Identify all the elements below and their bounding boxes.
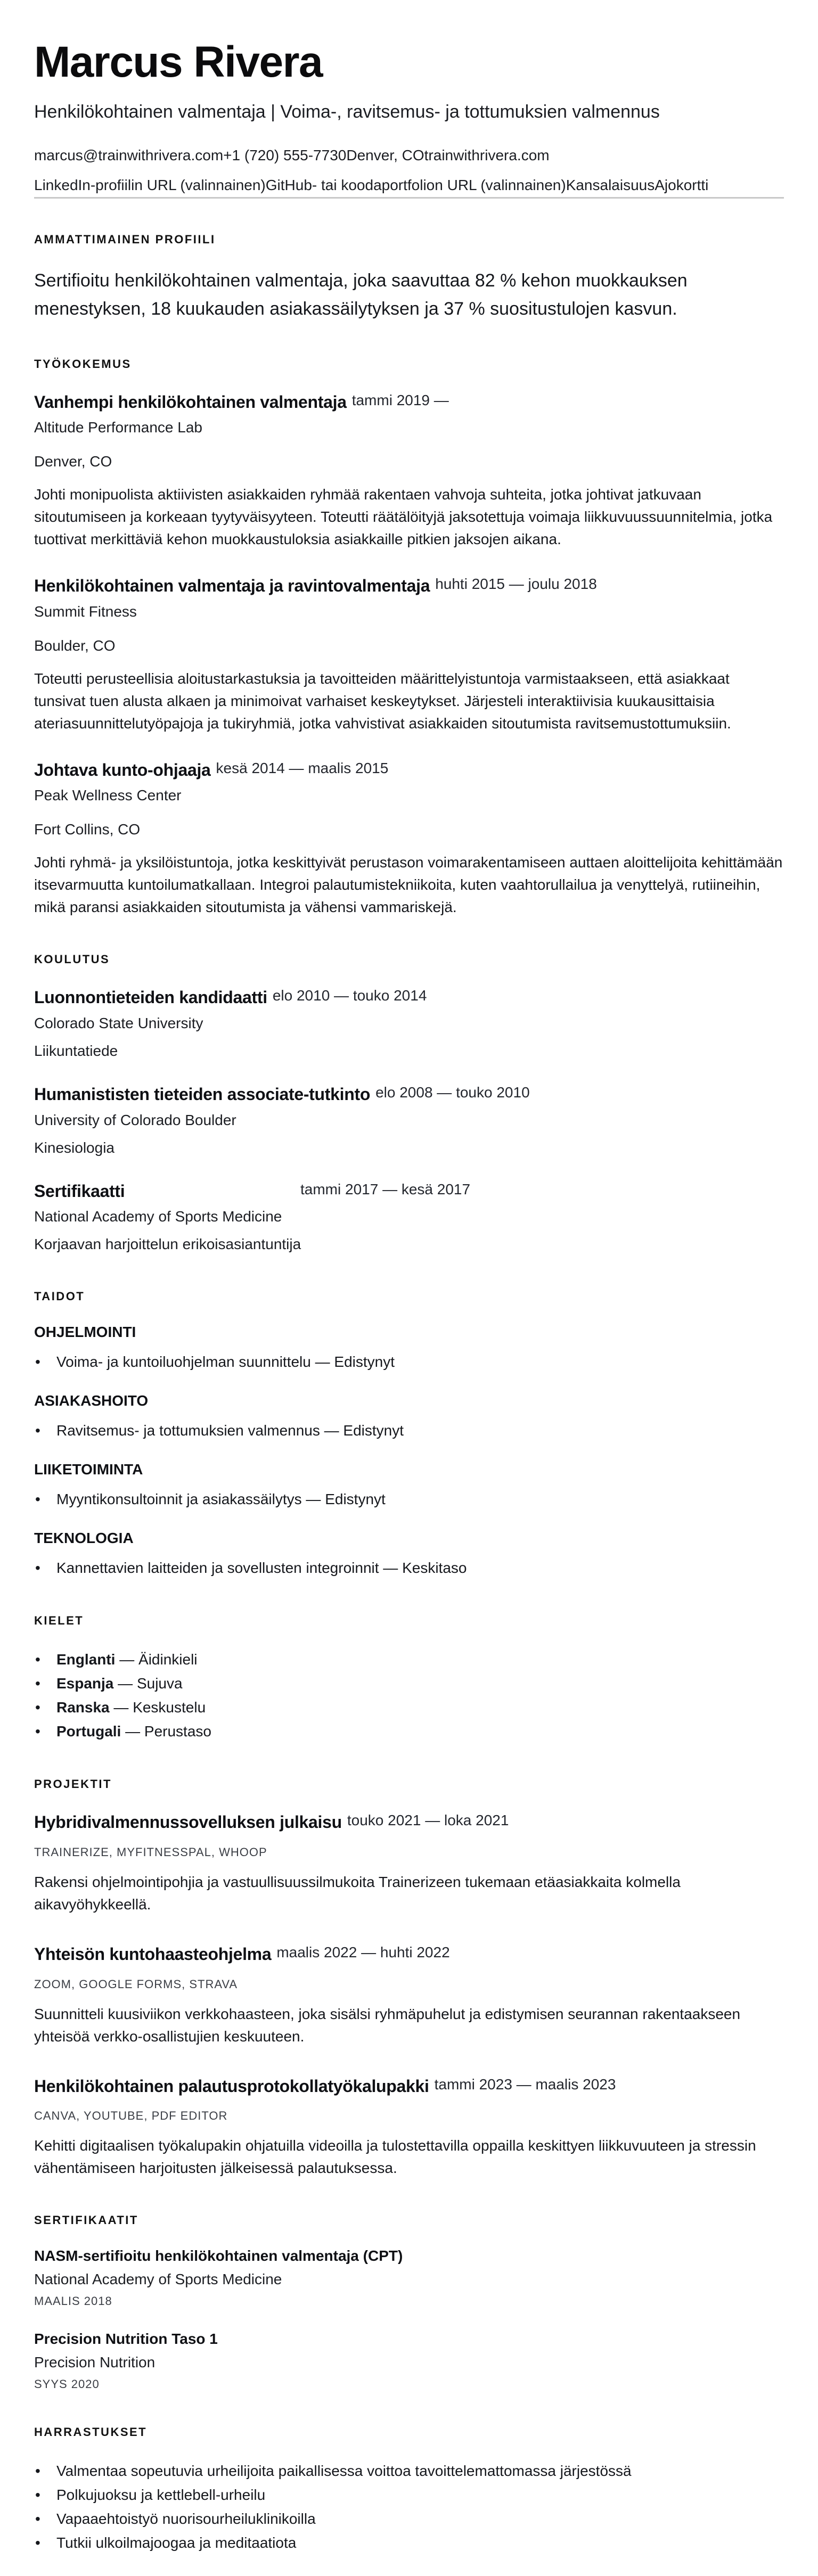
hobby-item: Vapaaehtoistyö nuorisourheiluklinikoilla [34,2507,784,2531]
contact-phone[interactable]: +1 (720) 555-7730 [223,147,346,163]
school-name: Colorado State University [34,1012,784,1035]
certification-issuer: Precision Nutrition [34,2354,784,2371]
experience-section: Työkokemus Vanhempi henkilökohtainen val… [34,357,784,919]
project-dates: touko 2021 — loka 2021 [347,1811,509,1830]
project-title: Henkilökohtainen palautusprotokollatyöka… [34,2075,429,2098]
candidate-headline: Henkilökohtainen valmentaja | Voima-, ra… [34,101,784,123]
job-dates: huhti 2015 — joulu 2018 [435,575,597,593]
project-dates: tammi 2023 — maalis 2023 [435,2075,616,2094]
experience-entry: Johtava kunto-ohjaajakesä 2014 — maalis … [34,759,784,919]
field-of-study: Liikuntatiede [34,1040,784,1062]
job-title: Vanhempi henkilökohtainen valmentaja [34,391,347,414]
skills-section: Taidot OHJELMOINTIVoima- ja kuntoiluohje… [34,1290,784,1580]
project-title: Hybridivalmennussovelluksen julkaisu [34,1811,342,1834]
job-dates: kesä 2014 — maalis 2015 [216,759,389,777]
hobby-item: Valmentaa sopeutuvia urheilijoita paikal… [34,2459,784,2483]
linkedin-link[interactable]: LinkedIn-profiilin URL (valinnainen) [34,177,266,193]
degree-title: Luonnontieteiden kandidaatti [34,987,267,1009]
skill-group: LIIKETOIMINTAMyyntikonsultoinnit ja asia… [34,1461,784,1512]
entry-header: Humanististen tieteiden associate-tutkin… [34,1084,784,1106]
certifications-section: Sertifikaatit NASM-sertifioitu henkilöko… [34,2213,784,2391]
company-name: Summit Fitness [34,601,784,623]
candidate-name: Marcus Rivera [34,38,784,86]
profile-summary: Sertifioitu henkilökohtainen valmentaja,… [34,267,784,323]
hobbies-section: Harrastukset Valmentaa sopeutuvia urheil… [34,2425,784,2555]
company-name: Altitude Performance Lab [34,416,784,439]
job-location: Boulder, CO [34,635,784,657]
contact-email[interactable]: marcus@trainwithrivera.com [34,147,223,163]
section-title-projects: Projektit [34,1777,784,1791]
experience-entry: Vanhempi henkilökohtainen valmentajatamm… [34,391,784,551]
section-title-profile: Ammattimainen profiili [34,233,784,247]
degree-title: Sertifikaatti [34,1180,295,1203]
language-item: Portugali — Perustaso [34,1720,784,1744]
drivers-license-field: Ajokortti [655,177,708,193]
entry-header: Henkilökohtainen palautusprotokollatyöka… [34,2075,784,2098]
job-title: Johtava kunto-ohjaaja [34,759,211,782]
certification-name: NASM-sertifioitu henkilökohtainen valmen… [34,2247,784,2265]
education-section: Koulutus Luonnontieteiden kandidaattielo… [34,953,784,1256]
skill-list: Ravitsemus- ja tottumuksien valmennus — … [34,1419,784,1443]
company-name: Peak Wellness Center [34,784,784,807]
language-separator: — [113,1675,137,1692]
education-dates: elo 2010 — touko 2014 [273,987,427,1005]
languages-list: Englanti — ÄidinkieliEspanja — SujuvaRan… [34,1648,784,1743]
job-description: Toteutti perusteellisia aloitustarkastuk… [34,668,784,735]
language-name: Englanti [56,1651,115,1668]
language-item: Ranska — Keskustelu [34,1696,784,1720]
certification-name: Precision Nutrition Taso 1 [34,2331,784,2348]
education-dates: tammi 2017 — kesä 2017 [300,1180,470,1199]
hobby-item: Polkujuoksu ja kettlebell-urheilu [34,2483,784,2507]
citizenship-field: Kansalaisuus [566,177,655,193]
project-tech-stack: Trainerize, MyFitnessPal, Whoop [34,1845,784,1859]
language-level: Sujuva [137,1675,183,1692]
section-title-hobbies: Harrastukset [34,2425,784,2439]
education-dates: elo 2008 — touko 2010 [375,1084,530,1102]
contact-row: marcus@trainwithrivera.com+1 (720) 555-7… [34,146,784,165]
languages-section: Kielet Englanti — ÄidinkieliEspanja — Su… [34,1614,784,1743]
job-description: Johti monipuolista aktiivisten asiakkaid… [34,483,784,551]
certifications-list: NASM-sertifioitu henkilökohtainen valmen… [34,2247,784,2391]
experience-entry: Henkilökohtainen valmentaja ja ravintova… [34,575,784,735]
project-description: Suunnitteli kuusiviikon verkkohaasteen, … [34,2003,784,2048]
project-entry: Yhteisön kuntohaasteohjelmamaalis 2022 —… [34,1943,784,2048]
school-name: National Academy of Sports Medicine [34,1205,784,1228]
language-name: Espanja [56,1675,113,1692]
education-entry: Humanististen tieteiden associate-tutkin… [34,1084,784,1159]
project-description: Rakensi ohjelmointipohjia ja vastuullisu… [34,1871,784,1916]
skill-list: Voima- ja kuntoiluohjelman suunnittelu —… [34,1350,784,1374]
section-title-skills: Taidot [34,1290,784,1303]
contact-website[interactable]: trainwithrivera.com [424,147,550,163]
project-dates: maalis 2022 — huhti 2022 [276,1943,449,1962]
projects-section: Projektit Hybridivalmennussovelluksen ju… [34,1777,784,2179]
job-title: Henkilökohtainen valmentaja ja ravintova… [34,575,430,597]
resume-page: Marcus Rivera Henkilökohtainen valmentaj… [0,0,818,2576]
entry-header: Yhteisön kuntohaasteohjelmamaalis 2022 —… [34,1943,784,1966]
experience-list: Vanhempi henkilökohtainen valmentajatamm… [34,391,784,919]
skill-item: Myyntikonsultoinnit ja asiakassäilytys —… [34,1488,784,1512]
section-title-certifications: Sertifikaatit [34,2213,784,2227]
certification-entry: NASM-sertifioitu henkilökohtainen valmen… [34,2247,784,2308]
entry-header: Vanhempi henkilökohtainen valmentajatamm… [34,391,784,414]
project-entry: Henkilökohtainen palautusprotokollatyöka… [34,2075,784,2180]
certification-date: Maalis 2018 [34,2294,784,2308]
skill-list: Myyntikonsultoinnit ja asiakassäilytys —… [34,1488,784,1512]
entry-header: Sertifikaattitammi 2017 — kesä 2017 [34,1180,784,1203]
project-tech-stack: Zoom, Google Forms, Strava [34,1978,784,1991]
job-location: Denver, CO [34,450,784,473]
project-entry: Hybridivalmennussovelluksen julkaisutouk… [34,1811,784,1916]
entry-header: Henkilökohtainen valmentaja ja ravintova… [34,575,784,597]
language-item: Englanti — Äidinkieli [34,1648,784,1672]
language-level: Perustaso [144,1723,211,1740]
certification-issuer: National Academy of Sports Medicine [34,2271,784,2288]
links-row: LinkedIn-profiilin URL (valinnainen)GitH… [34,176,784,199]
education-entry: Luonnontieteiden kandidaattielo 2010 — t… [34,987,784,1062]
education-list: Luonnontieteiden kandidaattielo 2010 — t… [34,987,784,1256]
degree-title: Humanististen tieteiden associate-tutkin… [34,1084,370,1106]
certification-entry: Precision Nutrition Taso 1Precision Nutr… [34,2331,784,2391]
language-name: Ranska [56,1699,110,1716]
field-of-study: Kinesiologia [34,1137,784,1159]
skill-item: Kannettavien laitteiden ja sovellusten i… [34,1556,784,1580]
skill-group-title: TEKNOLOGIA [34,1530,784,1547]
language-separator: — [110,1699,133,1716]
language-separator: — [115,1651,138,1668]
entry-header: Luonnontieteiden kandidaattielo 2010 — t… [34,987,784,1009]
language-item: Espanja — Sujuva [34,1672,784,1696]
language-separator: — [121,1723,144,1740]
skill-item: Voima- ja kuntoiluohjelman suunnittelu —… [34,1350,784,1374]
skill-group-title: LIIKETOIMINTA [34,1461,784,1478]
skill-group-title: OHJELMOINTI [34,1324,784,1341]
language-level: Keskustelu [133,1699,206,1716]
job-description: Johti ryhmä- ja yksilöistuntoja, jotka k… [34,851,784,918]
skill-group: TEKNOLOGIAKannettavien laitteiden ja sov… [34,1530,784,1580]
skill-group: OHJELMOINTIVoima- ja kuntoiluohjelman su… [34,1324,784,1374]
certification-date: Syys 2020 [34,2377,784,2391]
project-tech-stack: Canva, YouTube, PDF Editor [34,2109,784,2123]
job-location: Fort Collins, CO [34,818,784,841]
language-name: Portugali [56,1723,121,1740]
github-link[interactable]: GitHub- tai koodaportfolion URL (valinna… [266,177,566,193]
education-entry: Sertifikaattitammi 2017 — kesä 2017Natio… [34,1180,784,1256]
skill-group-title: ASIAKASHOITO [34,1392,784,1409]
contact-location: Denver, CO [346,147,424,163]
section-title-education: Koulutus [34,953,784,966]
project-description: Kehitti digitaalisen työkalupakin ohjatu… [34,2135,784,2179]
profile-section: Ammattimainen profiili Sertifioitu henki… [34,233,784,323]
entry-header: Hybridivalmennussovelluksen julkaisutouk… [34,1811,784,1834]
hobbies-list: Valmentaa sopeutuvia urheilijoita paikal… [34,2459,784,2555]
skill-group: ASIAKASHOITORavitsemus- ja tottumuksien … [34,1392,784,1443]
school-name: University of Colorado Boulder [34,1109,784,1131]
section-title-languages: Kielet [34,1614,784,1628]
projects-list: Hybridivalmennussovelluksen julkaisutouk… [34,1811,784,2179]
section-title-experience: Työkokemus [34,357,784,371]
job-dates: tammi 2019 — [352,391,449,409]
skill-item: Ravitsemus- ja tottumuksien valmennus — … [34,1419,784,1443]
entry-header: Johtava kunto-ohjaajakesä 2014 — maalis … [34,759,784,782]
project-title: Yhteisön kuntohaasteohjelma [34,1943,271,1966]
skills-list: OHJELMOINTIVoima- ja kuntoiluohjelman su… [34,1324,784,1580]
resume-header: Marcus Rivera Henkilökohtainen valmentaj… [34,38,784,199]
field-of-study: Korjaavan harjoittelun erikoisasiantunti… [34,1233,784,1256]
hobby-item: Tutkii ulkoilmajoogaa ja meditaatiota [34,2531,784,2555]
skill-list: Kannettavien laitteiden ja sovellusten i… [34,1556,784,1580]
language-level: Äidinkieli [138,1651,198,1668]
